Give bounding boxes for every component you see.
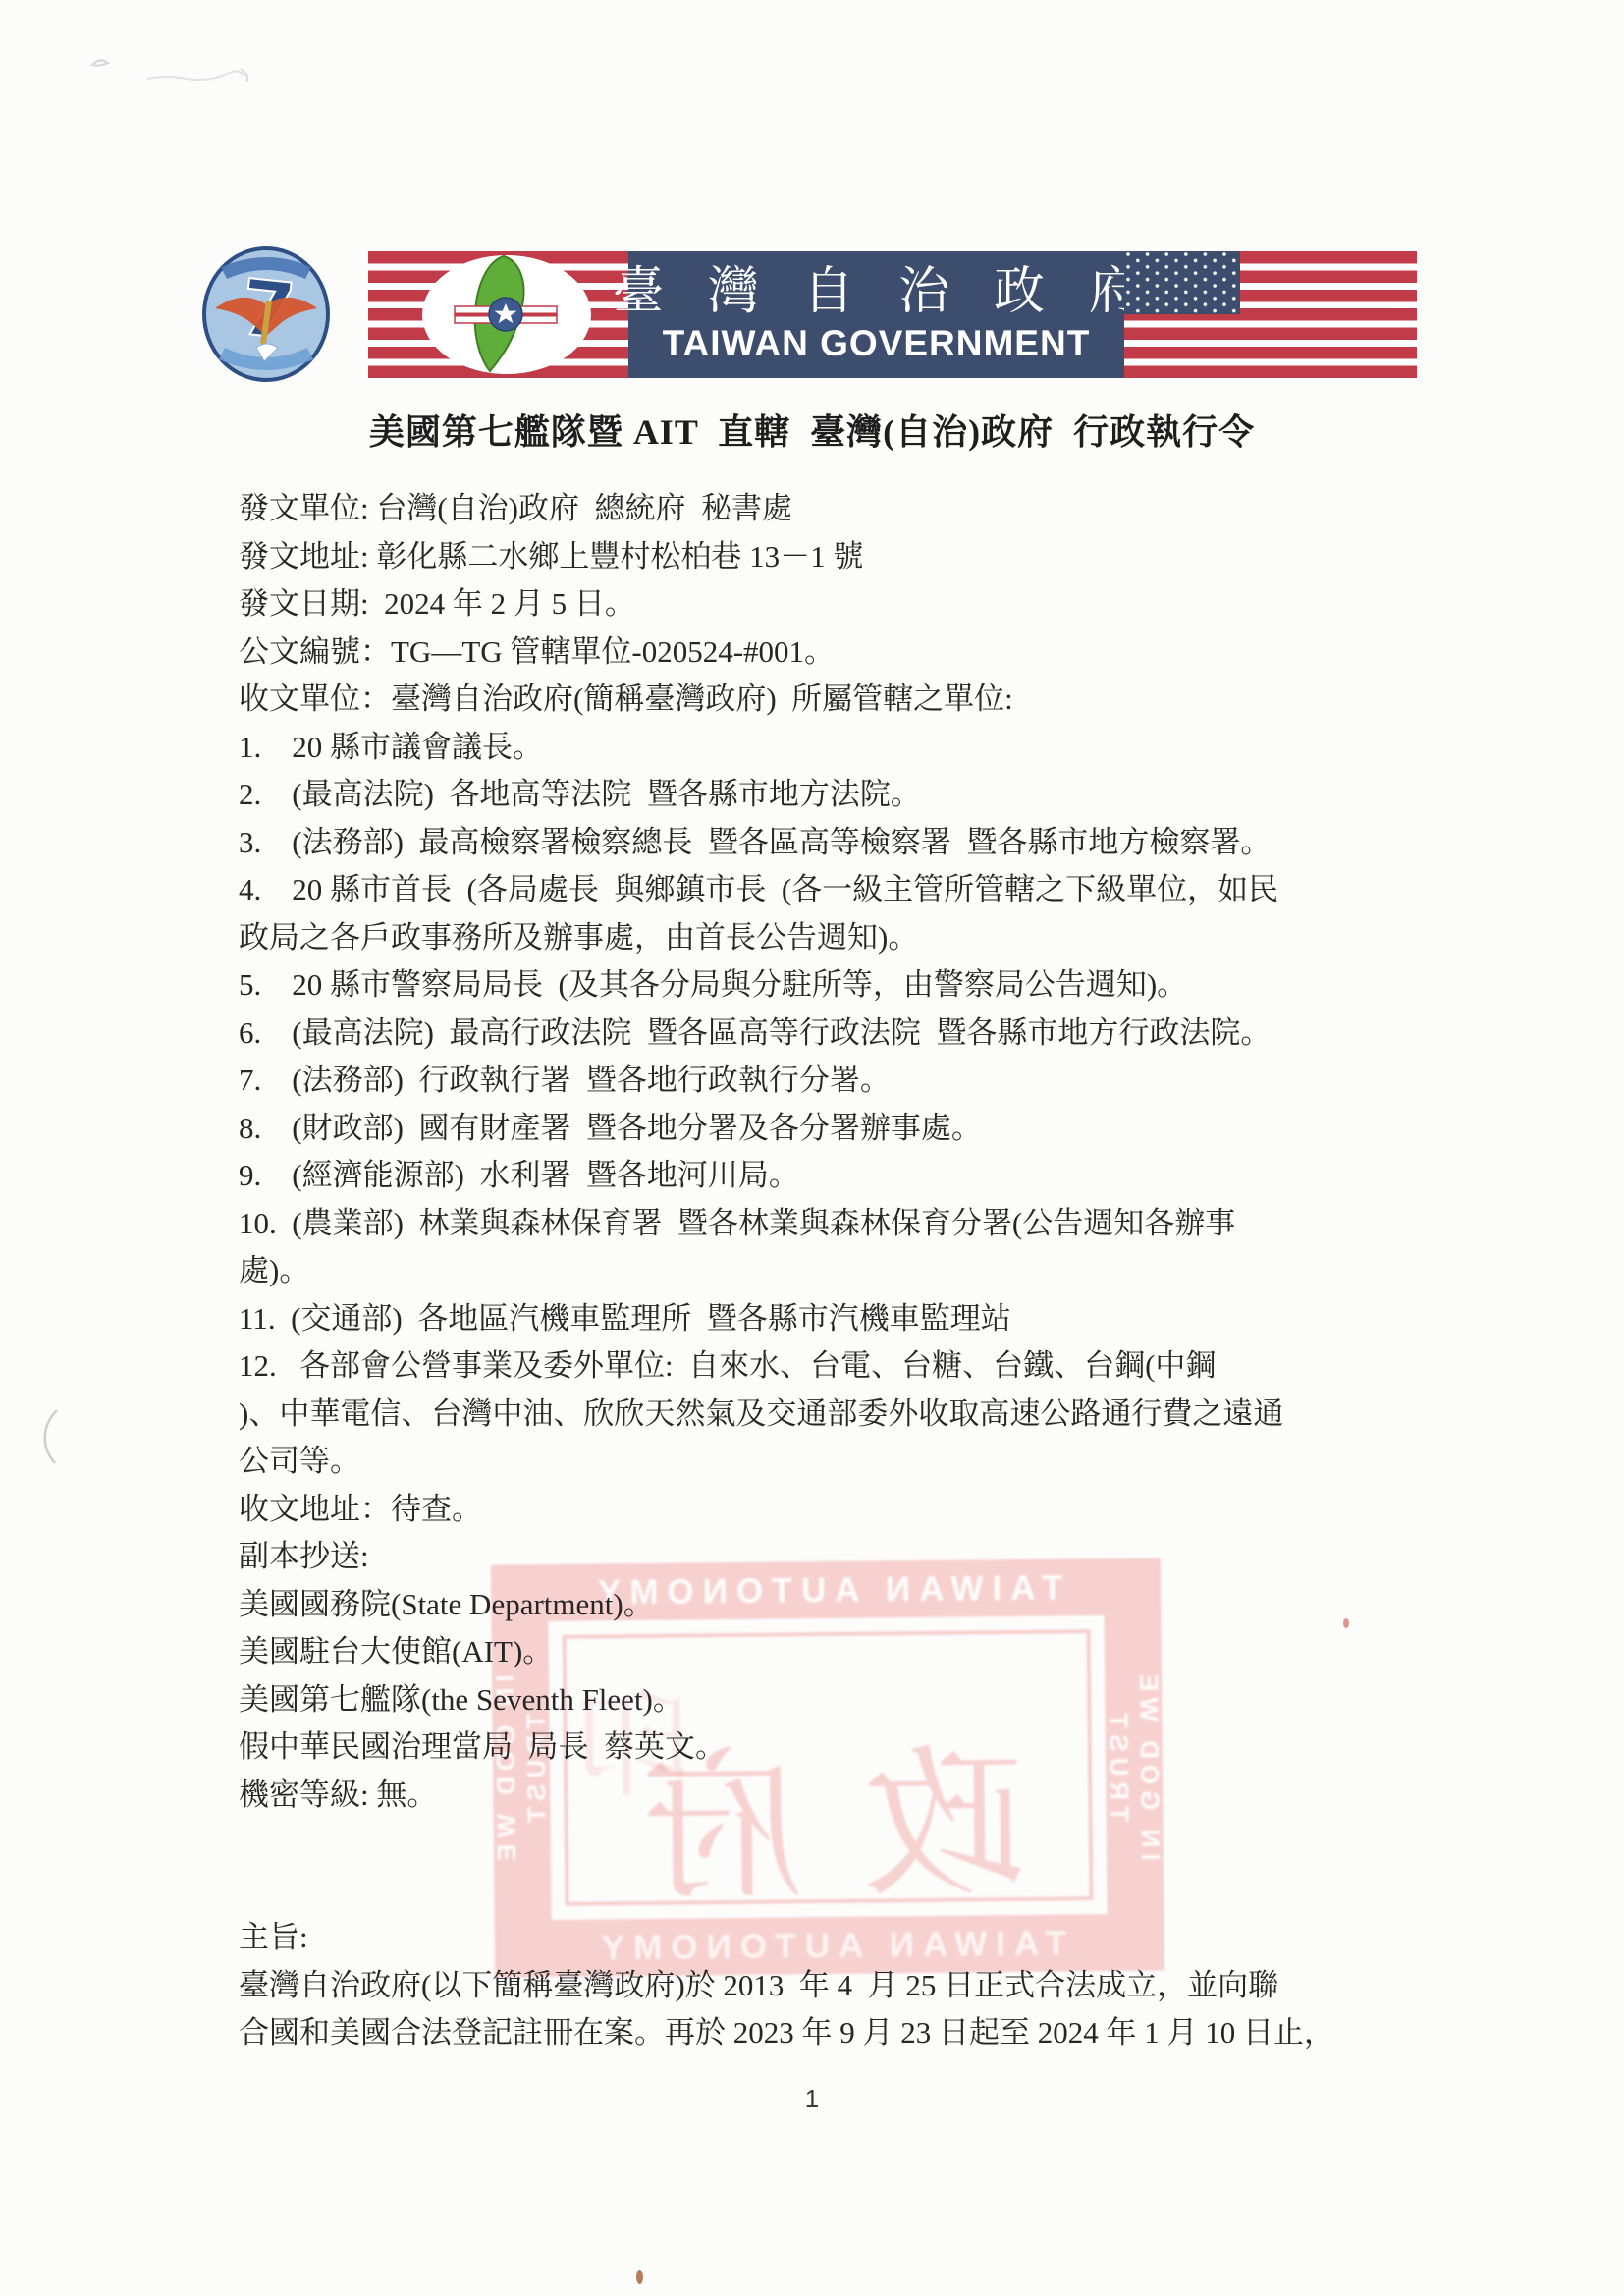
document-title: 美國第七艦隊暨 AIT 直轄 臺灣(自治)政府 行政執行令	[0, 405, 1624, 464]
doc-line: 12. 各部會公營事業及委外單位: 自來水、台電、台糖、台鐵、台鋼(中鋼	[239, 1342, 1397, 1391]
doc-line: 美國國務院(State Department)。	[239, 1581, 1397, 1629]
doc-line: )、中華電信、台灣中油、欣欣天然氣及交通部委外收取高速公路通行費之遠通	[239, 1391, 1397, 1439]
doc-line: 11. (交通部) 各地區汽機車監理所 暨各縣市汽機車監理站	[239, 1295, 1397, 1343]
doc-line: 美國第七艦隊(the Seventh Fleet)。	[239, 1676, 1397, 1724]
doc-line: 公司等。	[239, 1438, 1397, 1486]
doc-line: 發文日期: 2024 年 2 月 5 日。	[239, 580, 1397, 629]
doc-line: 公文編號：TG—TG 管轄單位-020524-#001。	[239, 629, 1397, 677]
doc-line: 機密等級: 無。	[239, 1772, 1397, 1820]
doc-line: 假中華民國治理當局 局長 蔡英文。	[239, 1723, 1397, 1772]
doc-line: 8. (財政部) 國有財產署 暨各地分署及各分署辦事處。	[239, 1105, 1397, 1153]
doc-line: 2. (最高法院) 各地高等法院 暨各縣市地方法院。	[239, 771, 1397, 819]
doc-line: 9. (經濟能源部) 水利署 暨各地河川局。	[239, 1152, 1397, 1200]
doc-line: 發文地址: 彰化縣二水鄉上豐村松柏巷 13－1 號	[239, 533, 1397, 581]
taiwan-island-roundel	[443, 251, 570, 378]
doc-line: 10. (農業部) 林業與森林保育署 暨各林業與森林保育分署(公告週知各辦事	[239, 1200, 1397, 1248]
doc-line: 1. 20 縣市議會議長。	[239, 724, 1397, 772]
doc-line: 副本抄送:	[239, 1533, 1397, 1581]
doc-line: 6. (最高法院) 最高行政法院 暨各區高等行政法院 暨各縣市地方行政法院。	[239, 1010, 1397, 1058]
government-banner: 臺 灣 自 治 政 府 TAIWAN GOVERNMENT	[628, 251, 1124, 378]
doc-line: 收文單位：臺灣自治政府(簡稱臺灣政府) 所屬管轄之單位:	[239, 676, 1397, 724]
us-flag-canton	[1124, 251, 1240, 314]
doc-line: 合國和美國合法登記註冊在案。再於 2023 年 9 月 23 日起至 2024 …	[239, 2009, 1397, 2057]
header-stripe-flag: 臺 灣 自 治 政 府 TAIWAN GOVERNMENT	[368, 251, 1417, 378]
stray-paren-mark	[37, 1406, 63, 1467]
doc-line	[239, 1819, 1397, 1867]
doc-line: 5. 20 縣市警察局局長 (及其各分局與分駐所等，由警察局公告週知)。	[239, 961, 1397, 1010]
doc-line: 處)。	[239, 1247, 1397, 1295]
doc-line: 政局之各戶政事務所及辦事處，由首長公告週知)。	[239, 914, 1397, 962]
doc-line: 4. 20 縣市首長 (各局處長 與鄉鎮市長 (各一級主管所管轄之下級單位，如民	[239, 866, 1397, 914]
document-body: 發文單位: 台灣(自治)政府 總統府 秘書處發文地址: 彰化縣二水鄉上豐村松柏巷…	[239, 485, 1397, 2057]
star-roundel	[455, 298, 557, 331]
doc-line: 7. (法務部) 行政執行署 暨各地行政執行分署。	[239, 1057, 1397, 1105]
banner-english-title: TAIWAN GOVERNMENT	[663, 321, 1091, 366]
doc-line: 主旨:	[239, 1914, 1397, 1962]
doc-line: 美國駐台大使館(AIT)。	[239, 1628, 1397, 1676]
doc-line: 3. (法務部) 最高檢察署檢察總長 暨各區高等檢察署 暨各縣市地方檢察署。	[239, 819, 1397, 867]
doc-line	[239, 1867, 1397, 1915]
page-number: 1	[0, 2084, 1624, 2114]
banner-chinese-title: 臺 灣 自 治 政 府	[597, 264, 1156, 321]
doc-line: 發文單位: 台灣(自治)政府 總統府 秘書處	[239, 485, 1397, 533]
ink-speck	[636, 2270, 643, 2284]
scanned-document-page: 臺 灣 自 治 政 府 TAIWAN GOVERNMENT 7 美國第七艦隊暨 …	[0, 0, 1624, 2296]
pencil-marks	[79, 47, 491, 106]
doc-line: 臺灣自治政府(以下簡稱臺灣政府)於 2013 年 4 月 25 日正式合法成立，…	[239, 1962, 1397, 2010]
seventh-fleet-badge: 7	[182, 246, 351, 383]
doc-line: 收文地址：待查。	[239, 1486, 1397, 1534]
